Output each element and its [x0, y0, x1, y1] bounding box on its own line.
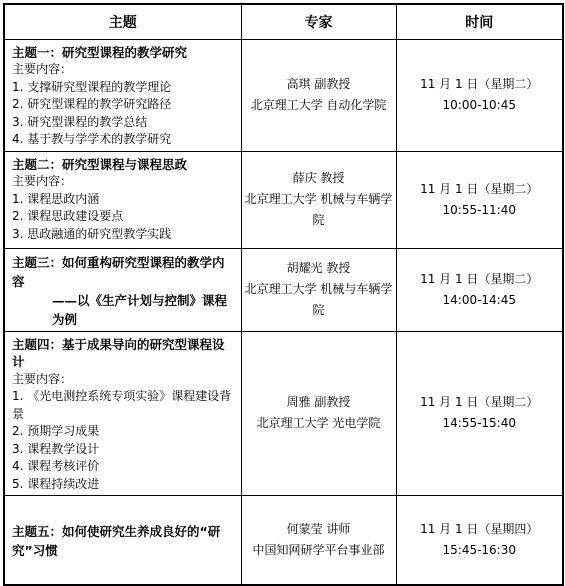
- session-date: 11 月 1 日（星期四）: [397, 519, 563, 540]
- topic-title: 主题三：如何重构研究型课程的教学内容: [12, 253, 237, 291]
- session-time: 10:00-10:45: [397, 95, 563, 116]
- topic-cell: 主题三：如何重构研究型课程的教学内容 ——以《生产计划与控制》课程为例: [4, 248, 241, 331]
- expert-affiliation: 北京理工大学 机械与车辆学院: [242, 279, 396, 321]
- time-cell: 11 月 1 日（星期二） 14:55-15:40: [396, 331, 563, 496]
- expert-affiliation: 北京理工大学 机械与车辆学院: [242, 189, 396, 231]
- session-date: 11 月 1 日（星期二）: [397, 74, 563, 95]
- topic-item-list: 1. 《光电测控系统专项实验》课程建设背景 2. 预期学习成果 3. 课程教学设…: [12, 388, 237, 493]
- topic-subtitle: ——以《生产计划与控制》课程为例: [12, 291, 237, 329]
- topic-item-list: 1. 支撑研究型课程的教学理论 2. 研究型课程的教学研究路径 3. 研究型课程…: [12, 79, 237, 149]
- table-row: 主题二：研究型课程与课程思政 主要内容： 1. 课程思政内涵 2. 课程思政建设…: [4, 151, 563, 248]
- topic-intro-label: 主要内容：: [12, 61, 237, 79]
- expert-name: 薛庆 教授: [242, 168, 396, 189]
- topic-cell: 主题四：基于成果导向的研究型课程设计 主要内容： 1. 《光电测控系统专项实验》…: [4, 331, 241, 496]
- topic-title: 主题四：基于成果导向的研究型课程设计: [12, 336, 237, 371]
- time-cell: 11 月 1 日（星期二） 10:00-10:45: [396, 39, 563, 151]
- session-date: 11 月 1 日（星期二）: [397, 179, 563, 200]
- session-time: 10:55-11:40: [397, 200, 563, 221]
- topic-item-list: 1. 课程思政内涵 2. 课程思政建设要点 3. 思政融通的研究型教学实践: [12, 191, 237, 244]
- session-time: 14:00-14:45: [397, 290, 563, 311]
- expert-affiliation: 中国知网研学平台事业部: [242, 540, 396, 561]
- expert-name: 胡耀光 教授: [242, 258, 396, 279]
- table-row: 主题五：如何使研究生养成良好的“研究”习惯 何蒙莹 讲师 中国知网研学平台事业部…: [4, 496, 563, 585]
- table-row: 主题三：如何重构研究型课程的教学内容 ——以《生产计划与控制》课程为例 胡耀光 …: [4, 248, 563, 331]
- session-time: 15:45-16:30: [397, 540, 563, 561]
- expert-name: 高琪 副教授: [242, 74, 396, 95]
- expert-affiliation: 北京理工大学 光电学院: [242, 413, 396, 434]
- expert-cell: 何蒙莹 讲师 中国知网研学平台事业部: [241, 496, 396, 585]
- session-date: 11 月 1 日（星期二）: [397, 392, 563, 413]
- schedule-table: 主题 专家 时间 主题一：研究型课程的教学研究 主要内容： 1. 支撑研究型课程…: [3, 3, 564, 586]
- topic-cell: 主题一：研究型课程的教学研究 主要内容： 1. 支撑研究型课程的教学理论 2. …: [4, 39, 241, 151]
- topic-cell: 主题五：如何使研究生养成良好的“研究”习惯: [4, 496, 241, 585]
- topic-cell: 主题二：研究型课程与课程思政 主要内容： 1. 课程思政内涵 2. 课程思政建设…: [4, 151, 241, 248]
- topic-intro-label: 主要内容：: [12, 371, 237, 389]
- expert-cell: 薛庆 教授 北京理工大学 机械与车辆学院: [241, 151, 396, 248]
- time-cell: 11 月 1 日（星期二） 10:55-11:40: [396, 151, 563, 248]
- topic-title: 主题二：研究型课程与课程思政: [12, 156, 237, 174]
- expert-cell: 周雅 副教授 北京理工大学 光电学院: [241, 331, 396, 496]
- expert-affiliation: 北京理工大学 自动化学院: [242, 95, 396, 116]
- topic-intro-label: 主要内容：: [12, 173, 237, 191]
- expert-cell: 高琪 副教授 北京理工大学 自动化学院: [241, 39, 396, 151]
- expert-name: 何蒙莹 讲师: [242, 519, 396, 540]
- session-date: 11 月 1 日（星期二）: [397, 269, 563, 290]
- column-header-expert: 专家: [241, 4, 396, 39]
- expert-cell: 胡耀光 教授 北京理工大学 机械与车辆学院: [241, 248, 396, 331]
- column-header-topic: 主题: [4, 4, 241, 39]
- column-header-time: 时间: [396, 4, 563, 39]
- table-row: 主题四：基于成果导向的研究型课程设计 主要内容： 1. 《光电测控系统专项实验》…: [4, 331, 563, 496]
- time-cell: 11 月 1 日（星期四） 15:45-16:30: [396, 496, 563, 585]
- topic-title: 主题一：研究型课程的教学研究: [12, 44, 237, 62]
- time-cell: 11 月 1 日（星期二） 14:00-14:45: [396, 248, 563, 331]
- session-time: 14:55-15:40: [397, 413, 563, 434]
- header-row: 主题 专家 时间: [4, 4, 563, 39]
- table-row: 主题一：研究型课程的教学研究 主要内容： 1. 支撑研究型课程的教学理论 2. …: [4, 39, 563, 151]
- topic-title: 主题五：如何使研究生养成良好的“研究”习惯: [12, 522, 237, 560]
- expert-name: 周雅 副教授: [242, 392, 396, 413]
